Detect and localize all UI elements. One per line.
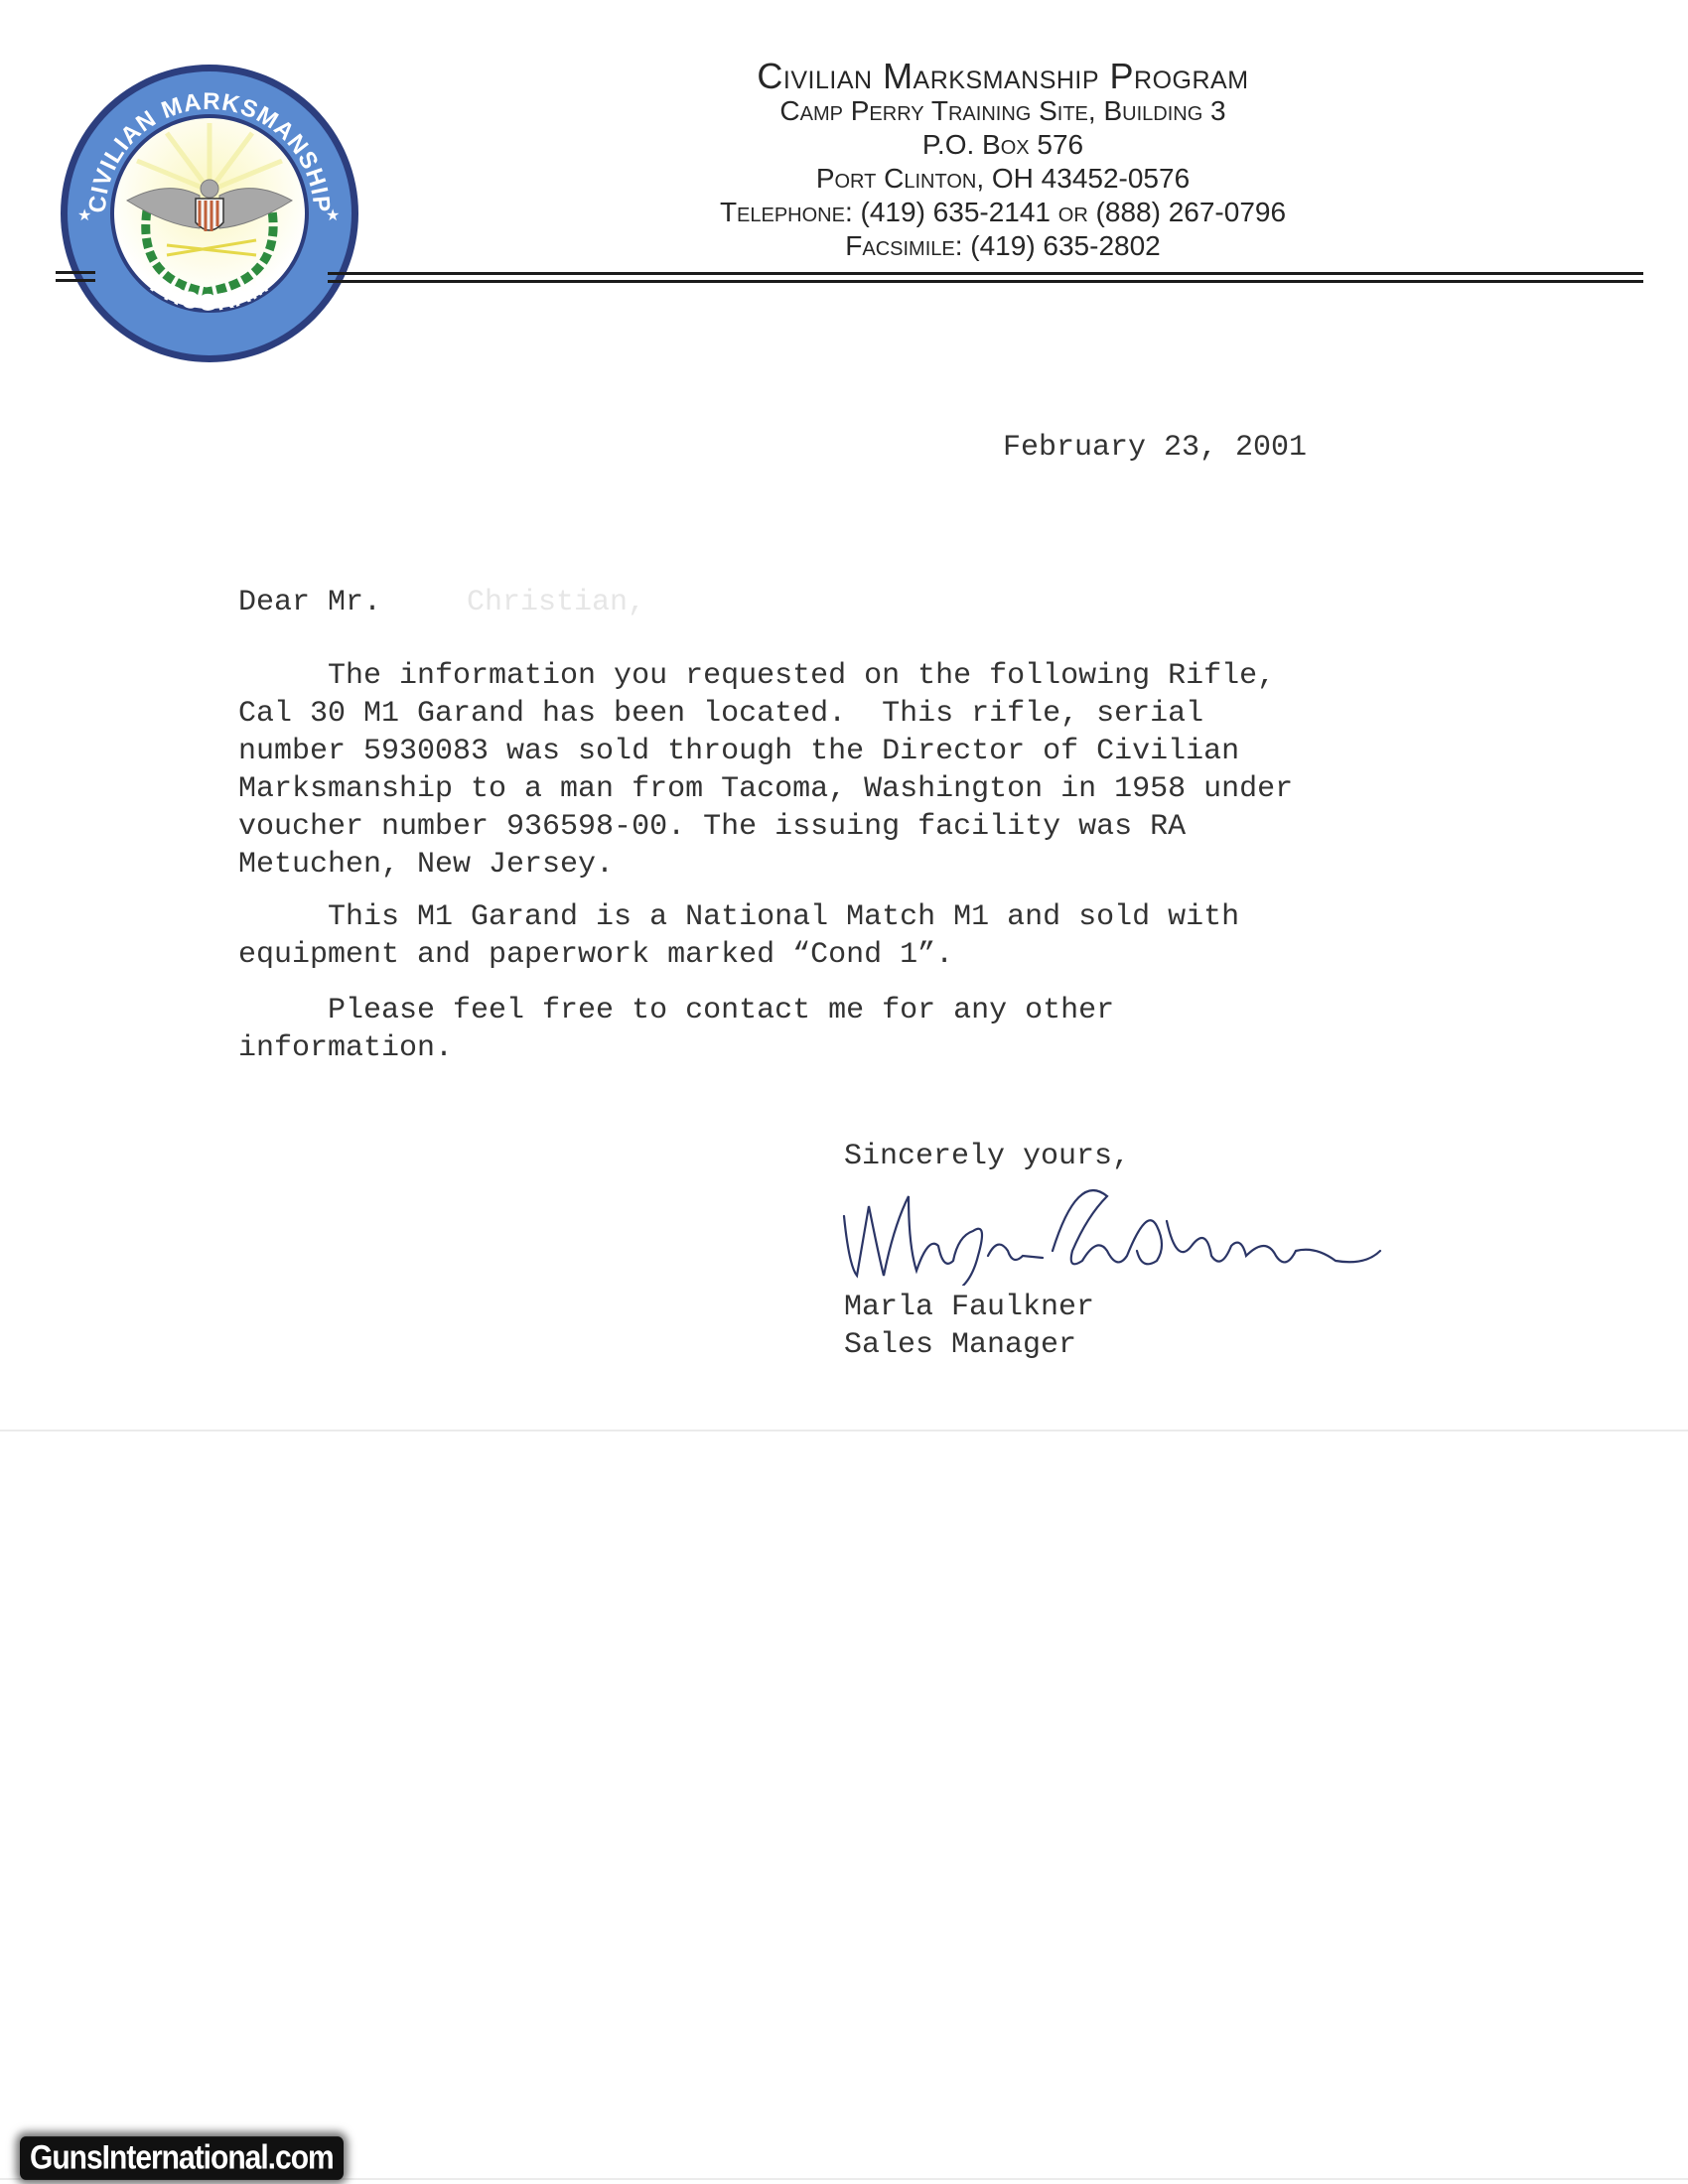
watermark-logo: GunsInternational.com — [20, 2136, 344, 2180]
signer-title: Sales Manager — [844, 1328, 1076, 1362]
paragraph-line: The information you requested on the fol… — [238, 657, 1470, 695]
handwritten-signature — [839, 1176, 1395, 1286]
paragraph-line: Metuchen, New Jersey. — [238, 846, 1470, 884]
body-paragraph-1: The information you requested on the fol… — [238, 657, 1470, 884]
scan-artifact-line — [0, 1430, 1688, 1432]
paragraph-line: Please feel free to contact me for any o… — [238, 992, 1470, 1029]
paragraph-line: information. — [238, 1029, 1470, 1067]
paragraph-line: equipment and paperwork marked “Cond 1”. — [238, 936, 1470, 974]
body-paragraph-2: This M1 Garand is a National Match M1 an… — [238, 898, 1470, 974]
letterhead-rule-left-top — [56, 271, 95, 274]
address-line-1: Camp Perry Training Site, Building 3 — [655, 95, 1350, 127]
facsimile-line: Facsimile: (419) 635-2802 — [655, 230, 1350, 262]
paragraph-line: This M1 Garand is a National Match M1 an… — [238, 898, 1470, 936]
body-paragraph-3: Please feel free to contact me for any o… — [238, 992, 1470, 1067]
paragraph-line: voucher number 936598-00. The issuing fa… — [238, 808, 1470, 846]
closing: Sincerely yours, — [844, 1140, 1130, 1173]
paragraph-line: Marksmanship to a man from Tacoma, Washi… — [238, 770, 1470, 808]
telephone-line: Telephone: (419) 635-2141 or (888) 267-0… — [655, 197, 1350, 228]
signer-name: Marla Faulkner — [844, 1291, 1094, 1324]
address-line-3: Port Clinton, OH 43452-0576 — [655, 163, 1350, 195]
letterhead-rule-left-bottom — [56, 279, 95, 282]
paragraph-line: Cal 30 M1 Garand has been located. This … — [238, 695, 1470, 733]
letterhead-rule-bottom — [328, 280, 1643, 283]
paragraph-line: number 5930083 was sold through the Dire… — [238, 733, 1470, 770]
letterhead-rule-top — [328, 272, 1643, 275]
organization-name: Civilian Marksmanship Program — [655, 56, 1350, 97]
salutation: Dear Mr. — [238, 586, 381, 619]
letter-date: February 23, 2001 — [1003, 431, 1307, 465]
address-line-2: P.O. Box 576 — [655, 129, 1350, 161]
recipient-name-redacted: Christian, — [467, 586, 645, 619]
cmp-logo-seal: ★ ★ CIVILIAN MARKSMANSHIP PROGRAM — [58, 62, 361, 365]
